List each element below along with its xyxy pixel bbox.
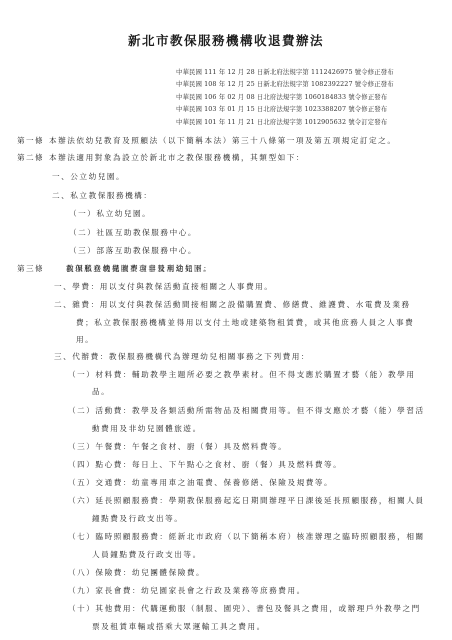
article-3-subitem: （三）午餐費：午餐之食材、廚（餐）具及燃料費等。: [68, 442, 287, 452]
article-2-intro: 本辦法適用對象為設立於新北市之教保服務機構，其類型如下：: [49, 153, 305, 163]
article-3-item-cont: 用。: [76, 335, 94, 345]
article-3-subitem-cont: 動費用及非幼兒園體旅遊。: [92, 424, 202, 434]
article-2-item: 一、公立幼兒園。: [52, 172, 125, 182]
article-3-subitem-cont: 人員鐘點費及行政支出等。: [92, 550, 202, 560]
article-1-label: 第一條: [17, 136, 44, 146]
document-title: 新北市教保服務機構收退費辦法: [0, 31, 452, 49]
article-3-label: 第三條: [17, 264, 44, 274]
article-3-subitem: （十）其他費用：代購運動服（制服、園兜）、書包及餐具之費用，或辦理戶外教學之門: [68, 604, 421, 614]
document-page: 新北市教保服務機構收退費辦法 中華民國 111 年 12 月 28 日新北府法規…: [0, 0, 452, 640]
article-1-text: 本辦法依幼兒教育及照顧法（以下簡稱本法）第三十八條第一項及第五項規定訂定之。: [49, 136, 396, 146]
article-3-subitem: （六）延長照顧服務費：學期教保服務起迄日期間辦理平日課後延長照顧服務，相關人員: [68, 496, 425, 506]
article-2-subitem: （二）社區互助教保服務中心。: [69, 228, 197, 238]
article-3-subitem-cont: 品。: [92, 387, 110, 397]
history-line: 中華民國 101 年 11 月 21 日北府法規字第 1012905632 號令…: [176, 116, 448, 128]
article-2-label: 第二條: [17, 153, 44, 163]
article-2-subitem: （三）部落互助教保服務中心。: [69, 246, 197, 256]
article-3-subitem: （九）家長會費：幼兒園家長會之行政及業務等庶務費用。: [68, 586, 306, 596]
promulgation-history: 中華民國 111 年 12 月 28 日新北府法規字第 1112426975 號…: [176, 66, 448, 128]
article-3-subitem: （五）交通費：幼童專用車之油電費、保養修繕、保險及規費等。: [68, 478, 333, 488]
article-3-subitem: （八）保險費：幼兒團體保險費。: [68, 568, 205, 578]
article-3-item: 二、雜費：用以支付與教保活動間接相關之設備購置費、修繕費、維護費、水電費及業務: [54, 300, 411, 310]
article-3-item: 一、學費：用以支付與教保活動直接相關之人事費用。: [54, 282, 273, 292]
article-3-subitem: （一）材料費：輔助教學主題所必要之教學素材。但不得支應於購置才藝（能）教學用: [68, 370, 415, 380]
article-2-item: 二、私立教保服務機構：: [52, 191, 153, 201]
article-3-subitem: （七）臨時照顧服務費：經新北市政府（以下簡稱本府）核准辦理之臨時照顧服務，相關: [68, 532, 425, 542]
history-line: 中華民國 108 年 12 月 25 日新北府法規字第 1082392227 號…: [176, 78, 448, 90]
article-3-subitem: （二）活動費：教學及各類活動所需物品及相關費用等。但不得支應於才藝（能）學習活: [68, 406, 425, 416]
history-line: 中華民國 111 年 12 月 28 日新北府法規字第 1112426975 號…: [176, 66, 448, 78]
history-line: 中華民國 103 年 01 月 15 日北府法規字第 1023388207 號令…: [176, 103, 448, 115]
article-3-intro: 教保服務機構收費項目及用途如下：: [66, 264, 212, 274]
article-3-item-cont: 費；私立教保服務機構並得用以支付土地或建築物租賃費，或其他庶務人員之人事費: [76, 318, 414, 328]
article-3-item: 三、代辦費：教保服務機構代為辦理幼兒相關事務之下列費用：: [54, 352, 310, 362]
article-3-subitem-cont: 鐘點費及行政支出等。: [92, 514, 183, 524]
history-line: 中華民國 106 年 02 月 08 日北府法規字第 1060184833 號令…: [176, 91, 448, 103]
article-3-subitem: （四）點心費：每日上、下午點心之食材、廚（餐）具及燃料費等。: [68, 460, 342, 470]
article-3-subitem-cont: 票及租賃車輛或搭乘大眾運輸工具之費用。: [92, 622, 266, 632]
article-2-subitem: （一）私立幼兒園。: [69, 209, 151, 219]
